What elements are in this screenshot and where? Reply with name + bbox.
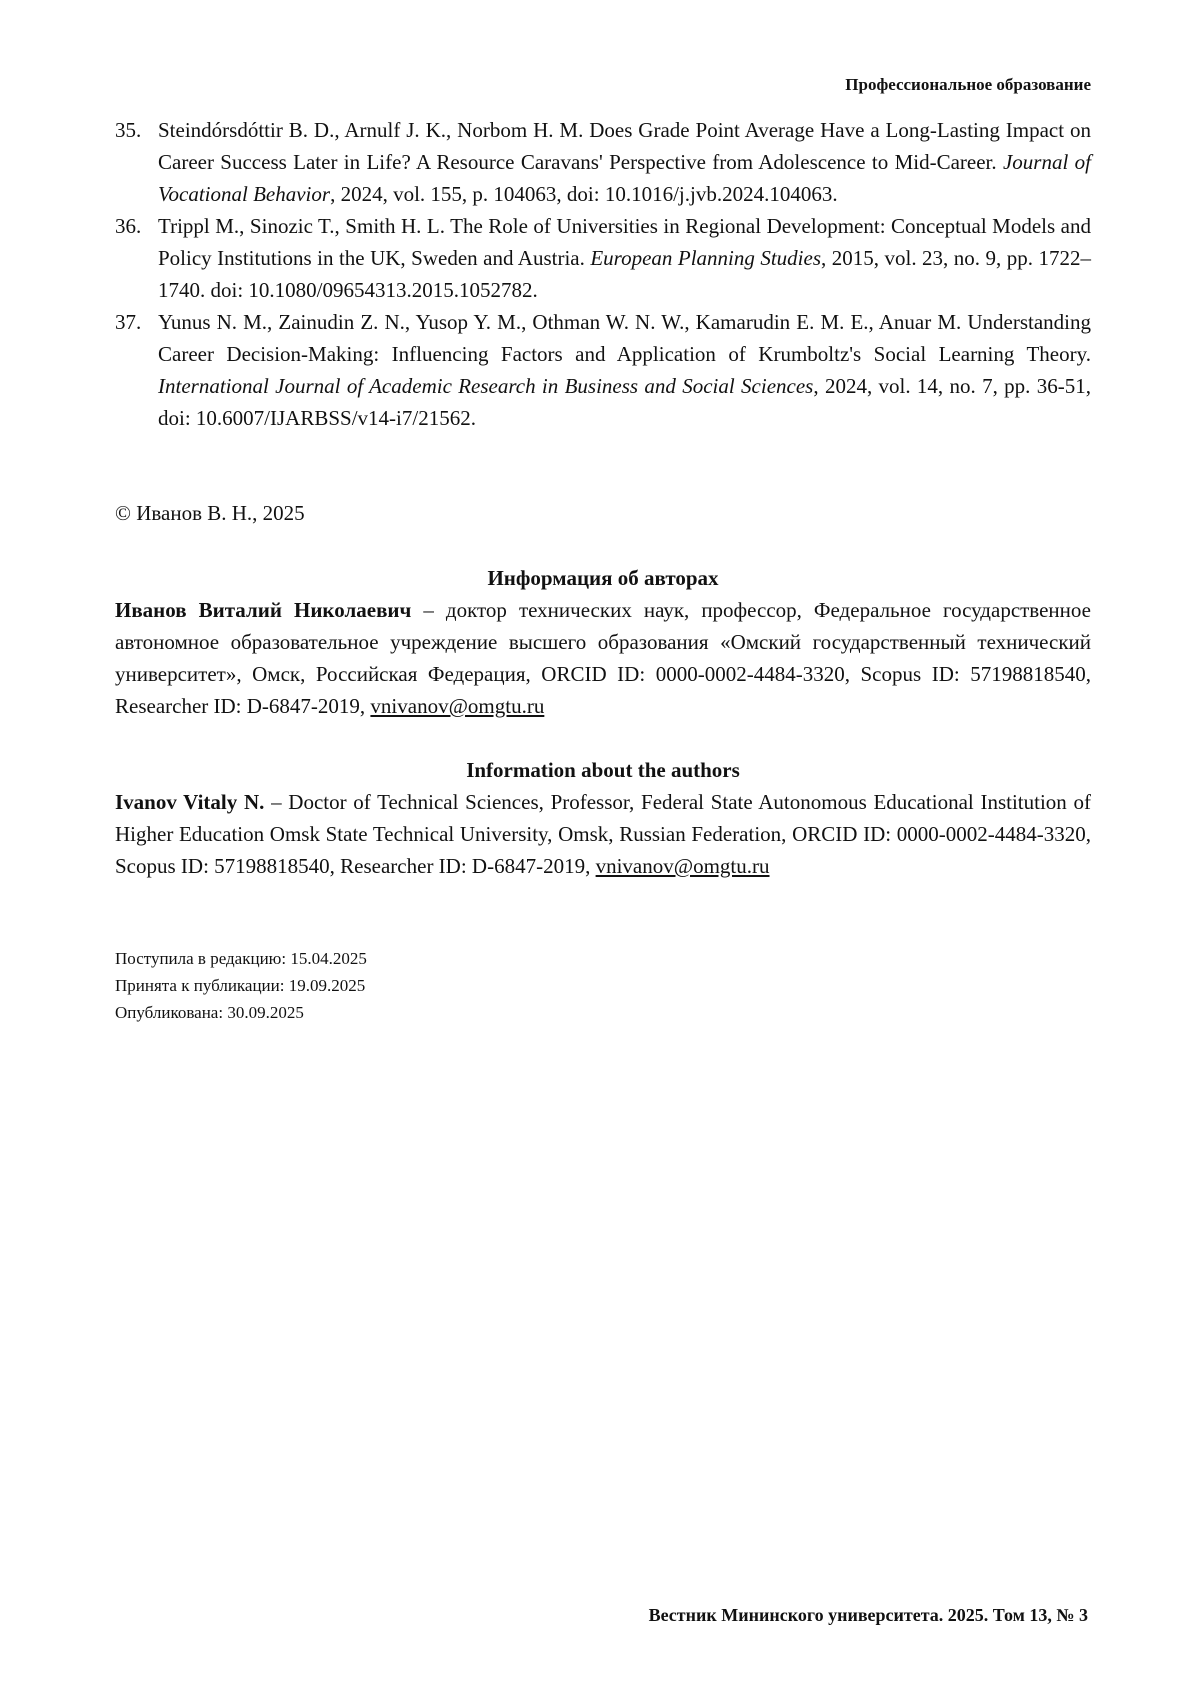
author-email-link-en[interactable]: vnivanov@omgtu.ru xyxy=(596,854,770,878)
reference-number: 37. xyxy=(115,306,141,338)
reference-number: 36. xyxy=(115,210,141,242)
reference-item: 36. Trippl M., Sinozic T., Smith H. L. T… xyxy=(115,210,1091,306)
author-info-title-en: Information about the authors xyxy=(115,754,1091,786)
author-description-en: Ivanov Vitaly N. – Doctor of Technical S… xyxy=(115,786,1091,882)
reference-item: 35. Steindórsdóttir B. D., Arnulf J. K.,… xyxy=(115,114,1091,210)
date-accepted: Принята к публикации: 19.09.2025 xyxy=(115,972,367,999)
author-info-en: Information about the authors Ivanov Vit… xyxy=(115,754,1091,882)
reference-details: , 2024, vol. 155, p. 104063, doi: 10.101… xyxy=(330,182,838,206)
reference-text: Trippl M., Sinozic T., Smith H. L. The R… xyxy=(158,214,1091,302)
reference-authors-title: Yunus N. M., Zainudin Z. N., Yusop Y. M.… xyxy=(158,310,1091,366)
reference-list: 35. Steindórsdóttir B. D., Arnulf J. K.,… xyxy=(115,114,1091,434)
reference-text: Yunus N. M., Zainudin Z. N., Yusop Y. M.… xyxy=(158,310,1091,430)
author-name-ru: Иванов Виталий Николаевич xyxy=(115,598,411,622)
author-description-ru: Иванов Виталий Николаевич – доктор техни… xyxy=(115,594,1091,722)
author-info-ru: Информация об авторах Иванов Виталий Ник… xyxy=(115,562,1091,722)
reference-text: Steindórsdóttir B. D., Arnulf J. K., Nor… xyxy=(158,118,1091,206)
date-published: Опубликована: 30.09.2025 xyxy=(115,999,367,1026)
author-name-en: Ivanov Vitaly N. xyxy=(115,790,264,814)
reference-number: 35. xyxy=(115,114,141,146)
reference-journal: European Planning Studies xyxy=(590,246,821,270)
reference-item: 37. Yunus N. M., Zainudin Z. N., Yusop Y… xyxy=(115,306,1091,434)
running-footer: Вестник Мининского университета. 2025. Т… xyxy=(649,1603,1088,1627)
author-info-title-ru: Информация об авторах xyxy=(115,562,1091,594)
reference-journal: International Journal of Academic Resear… xyxy=(158,374,813,398)
reference-authors-title: Steindórsdóttir B. D., Arnulf J. K., Nor… xyxy=(158,118,1091,174)
date-received: Поступила в редакцию: 15.04.2025 xyxy=(115,945,367,972)
publication-dates: Поступила в редакцию: 15.04.2025 Принята… xyxy=(115,945,367,1026)
author-email-link-ru[interactable]: vnivanov@omgtu.ru xyxy=(370,694,544,718)
copyright-notice: © Иванов В. Н., 2025 xyxy=(115,497,305,529)
running-header: Профессиональное образование xyxy=(845,74,1091,96)
